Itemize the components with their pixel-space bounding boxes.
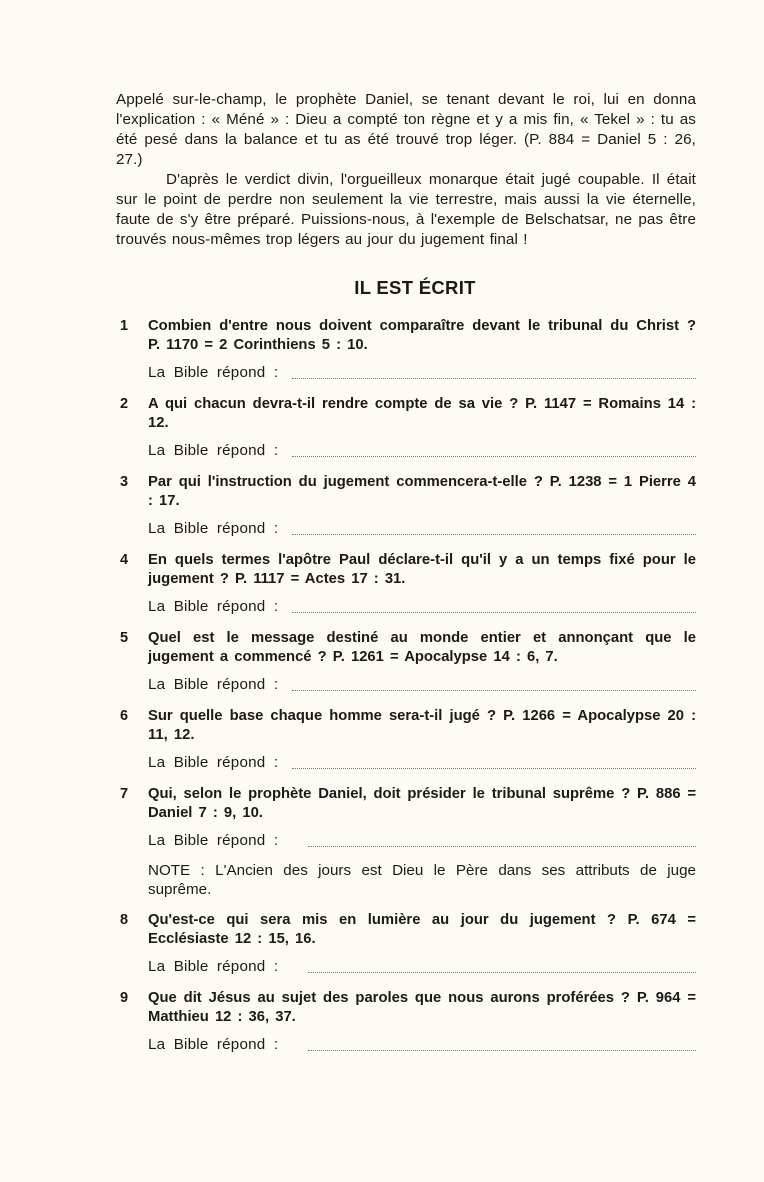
answer-row: La Bible répond : [148, 441, 696, 461]
question-item: 5 Quel est le message destiné au monde e… [116, 629, 696, 695]
answer-label: La Bible répond : [148, 957, 278, 977]
question-item: 4 En quels termes l'apôtre Paul déclare-… [116, 551, 696, 617]
answer-row: La Bible répond : [148, 363, 696, 383]
answer-row: La Bible répond : [148, 675, 696, 695]
question-item: 6 Sur quelle base chaque homme sera-t-il… [116, 707, 696, 773]
answer-row: La Bible répond : [148, 957, 696, 977]
question-text: Combien d'entre nous doivent comparaître… [148, 317, 696, 355]
question-text: En quels termes l'apôtre Paul déclare-t-… [148, 551, 696, 589]
answer-label: La Bible répond : [148, 1035, 278, 1055]
question-text: Quel est le message destiné au monde ent… [148, 629, 696, 667]
question-number: 9 [120, 989, 128, 1008]
question-text: Que dit Jésus au sujet des paroles que n… [148, 989, 696, 1027]
answer-field[interactable] [308, 971, 696, 973]
answer-label: La Bible répond : [148, 597, 278, 617]
question-text: A qui chacun devra-t-il rendre compte de… [148, 395, 696, 433]
question-number: 1 [120, 317, 128, 336]
question-number: 6 [120, 707, 128, 726]
answer-field[interactable] [308, 845, 696, 847]
question-item: 1 Combien d'entre nous doivent comparaît… [116, 317, 696, 383]
question-item: 2 A qui chacun devra-t-il rendre compte … [116, 395, 696, 461]
question-text: Par qui l'instruction du jugement commen… [148, 473, 696, 511]
question-item: 3 Par qui l'instruction du jugement comm… [116, 473, 696, 539]
document-page: Appelé sur-le-champ, le prophète Daniel,… [116, 90, 696, 1067]
question-item: 9 Que dit Jésus au sujet des paroles que… [116, 989, 696, 1055]
question-number: 5 [120, 629, 128, 648]
question-number: 7 [120, 785, 128, 804]
answer-field[interactable] [292, 533, 696, 535]
answer-row: La Bible répond : [148, 597, 696, 617]
answer-row: La Bible répond : [148, 753, 696, 773]
note-text: NOTE : L'Ancien des jours est Dieu le Pè… [148, 861, 696, 899]
answer-label: La Bible répond : [148, 831, 278, 851]
question-text: Sur quelle base chaque homme sera-t-il j… [148, 707, 696, 745]
answer-field[interactable] [292, 767, 696, 769]
intro-paragraph: Appelé sur-le-champ, le prophète Daniel,… [116, 90, 696, 170]
answer-label: La Bible répond : [148, 753, 278, 773]
question-number: 4 [120, 551, 128, 570]
question-number: 8 [120, 911, 128, 930]
question-number: 3 [120, 473, 128, 492]
intro-section: Appelé sur-le-champ, le prophète Daniel,… [116, 90, 696, 250]
section-title: IL EST ÉCRIT [116, 277, 696, 299]
answer-field[interactable] [292, 455, 696, 457]
question-text: Qui, selon le prophète Daniel, doit prés… [148, 785, 696, 823]
question-list: 1 Combien d'entre nous doivent comparaît… [116, 317, 696, 1055]
intro-paragraph: D'après le verdict divin, l'orgueilleux … [116, 170, 696, 250]
answer-label: La Bible répond : [148, 441, 278, 461]
answer-field[interactable] [308, 1049, 696, 1051]
answer-row: La Bible répond : [148, 831, 696, 851]
question-text: Qu'est-ce qui sera mis en lumière au jou… [148, 911, 696, 949]
answer-field[interactable] [292, 689, 696, 691]
answer-label: La Bible répond : [148, 675, 278, 695]
answer-label: La Bible répond : [148, 363, 278, 383]
question-item: 7 Qui, selon le prophète Daniel, doit pr… [116, 785, 696, 899]
question-item: 8 Qu'est-ce qui sera mis en lumière au j… [116, 911, 696, 977]
answer-row: La Bible répond : [148, 519, 696, 539]
answer-field[interactable] [292, 611, 696, 613]
answer-field[interactable] [292, 377, 696, 379]
answer-label: La Bible répond : [148, 519, 278, 539]
question-number: 2 [120, 395, 128, 414]
answer-row: La Bible répond : [148, 1035, 696, 1055]
